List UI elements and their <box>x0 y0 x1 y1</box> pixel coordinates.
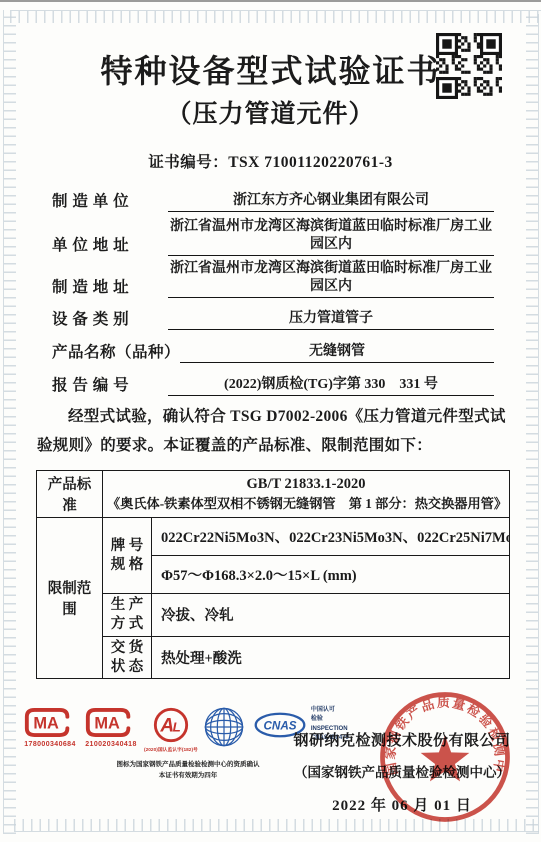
certificate-number: 证书编号：TSX 71001120220761-3 <box>0 150 541 172</box>
note-line-2: 本证书有效期为四年 <box>98 770 278 781</box>
svg-text:MA: MA <box>33 714 59 732</box>
standard-code: GB/T 21833.1-2020 <box>107 476 505 493</box>
field-label: 产品名称（品种） <box>52 340 180 363</box>
official-seal-stamp: 国家钢铁产品质量检验检测中心 <box>374 686 516 828</box>
cma-logo-2: MA 210020340418 <box>83 706 139 748</box>
cal-logo: A L (2020)国认监认字(182)号 <box>144 706 198 753</box>
field-product-name: 产品名称（品种） 无缝钢管 <box>52 337 494 363</box>
restriction-scope-label: 限制范围 <box>37 518 103 679</box>
confirmation-statement: 经型式试验，确认符合 TSG D7002-2006《压力管道元件型式试验规则》的… <box>37 403 507 460</box>
cma-2-number: 210020340418 <box>85 741 137 748</box>
field-value: 浙江东方齐心钢业集团有限公司 <box>168 192 494 213</box>
cma-logo-1: MA 178000340684 <box>22 706 78 748</box>
meander-border-right <box>526 14 539 834</box>
certificate-number-label: 证书编号： <box>148 154 228 171</box>
svg-text:L: L <box>173 720 181 735</box>
field-label: 单 位 地 址 <box>52 233 168 256</box>
accreditation-notes: 图标为国家钢铁产品质量检验检测中心的资质确认 本证书有效期为四年 <box>98 759 278 781</box>
certificate-page: 特种设备型式试验证书 （压力管道元件） 证书编号：TSX 71001120220… <box>0 0 541 842</box>
cma-icon: MA <box>22 706 78 739</box>
certificate-number-value: TSX 71001120220761-3 <box>228 154 393 171</box>
field-label: 报 告 编 号 <box>52 373 168 396</box>
product-standard-value: GB/T 21833.1-2020 《奥氏体-铁素体型双相不锈钢无缝钢管 第 1… <box>103 471 510 518</box>
globe-logo <box>203 706 245 748</box>
globe-icon <box>203 706 245 748</box>
field-manufacture-address: 制 造 地 址 浙江省温州市龙湾区海滨街道蓝田临时标准厂房工业园区内 <box>52 257 494 298</box>
field-value: 浙江省温州市龙湾区海滨街道蓝田临时标准厂房工业园区内 <box>168 260 494 298</box>
field-value: 无缝钢管 <box>180 343 494 364</box>
note-line-1: 图标为国家钢铁产品质量检验检测中心的资质确认 <box>98 759 278 770</box>
meander-border-top <box>10 10 541 23</box>
standard-name: 《奥氏体-铁素体型双相不锈钢无缝钢管 第 1 部分：热交换器用管》 <box>107 493 505 512</box>
field-label: 设 备 类 别 <box>52 307 168 330</box>
cma-1-number: 178000340684 <box>24 741 76 748</box>
production-method-label: 生 产 方 式 <box>103 594 152 637</box>
qr-code-icon <box>436 33 502 99</box>
field-report-number: 报 告 编 号 (2022)钢质检(TG)字第 330 331 号 <box>52 370 494 396</box>
spec-value: Φ57～Φ168.3×2.0～15×L (mm) <box>152 556 510 594</box>
product-standard-label: 产品标准 <box>37 471 103 518</box>
svg-text:MA: MA <box>94 714 120 732</box>
grade-spec-label: 牌 号 规 格 <box>103 518 152 594</box>
field-equipment-category: 设 备 类 别 压力管道管子 <box>52 304 494 330</box>
grade-value: 022Cr22Ni5Mo3N、022Cr23Ni5Mo3N、022Cr25Ni7… <box>152 518 510 556</box>
field-manufacturer: 制 造 单 位 浙江东方齐心钢业集团有限公司 <box>52 189 494 212</box>
cal-icon: A L <box>152 706 190 744</box>
field-label: 制 造 单 位 <box>52 189 168 212</box>
scope-table: 产品标准 GB/T 21833.1-2020 《奥氏体-铁素体型双相不锈钢无缝钢… <box>36 470 510 679</box>
field-label: 制 造 地 址 <box>52 275 168 298</box>
production-method-value: 冷拔、冷轧 <box>152 594 510 637</box>
scan-edge <box>0 0 541 2</box>
cma-icon: MA <box>83 706 139 739</box>
field-company-address: 单 位 地 址 浙江省温州市龙湾区海滨街道蓝田临时标准厂房工业园区内 <box>52 213 494 256</box>
form-fields: 制 造 单 位 浙江东方齐心钢业集团有限公司 单 位 地 址 浙江省温州市龙湾区… <box>52 189 494 396</box>
delivery-state-value: 热处理+酸洗 <box>152 636 510 679</box>
field-value: (2022)钢质检(TG)字第 330 331 号 <box>168 376 494 397</box>
field-value: 浙江省温州市龙湾区海滨街道蓝田临时标准厂房工业园区内 <box>168 218 494 256</box>
cal-number: (2020)国认监认字(182)号 <box>144 746 198 753</box>
delivery-state-label: 交 货 状 态 <box>103 636 152 679</box>
field-value: 压力管道管子 <box>168 310 494 331</box>
meander-border-left <box>3 10 16 834</box>
certificate-subtitle: （压力管道元件） <box>0 94 541 130</box>
star-icon <box>421 735 470 781</box>
